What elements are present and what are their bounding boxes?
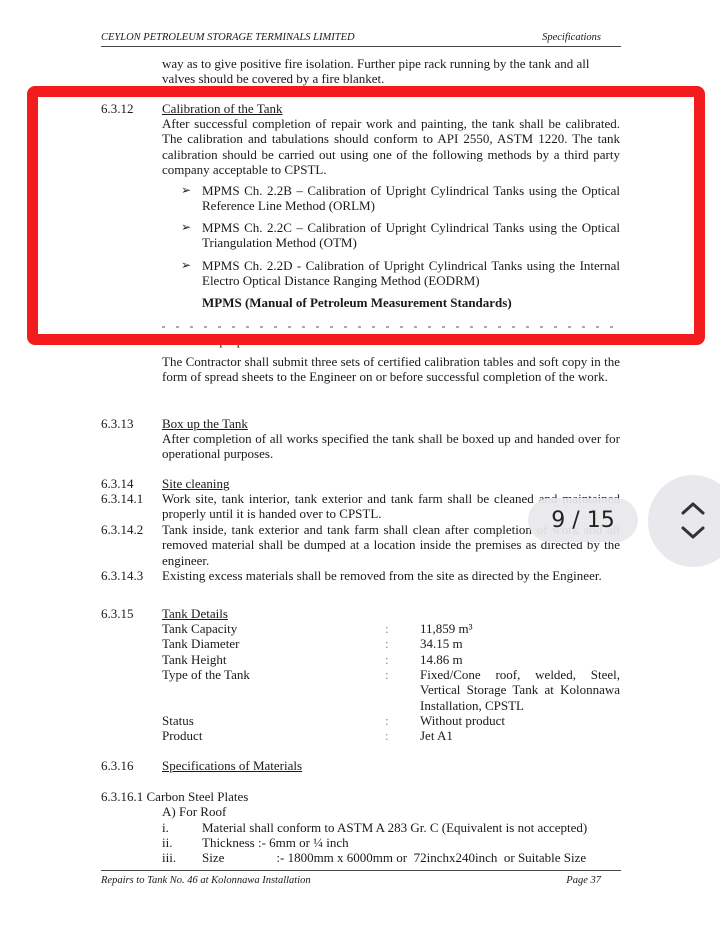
detail-value: 14.86 m bbox=[420, 652, 620, 667]
header-company: CEYLON PETROLEUM STORAGE TERMINALS LIMIT… bbox=[101, 32, 355, 43]
section-title-calibration: Calibration of the Tank bbox=[162, 101, 620, 116]
roman-numeral: iii. bbox=[162, 850, 176, 865]
page-footer: Repairs to Tank No. 46 at Kolonnawa Inst… bbox=[101, 870, 621, 891]
page-indicator: 9 / 15 bbox=[528, 498, 638, 542]
calibration-body: After successful completion of repair wo… bbox=[162, 116, 620, 178]
intro-paragraph: way as to give positive fire isolation. … bbox=[162, 56, 620, 87]
detail-label: Type of the Tank bbox=[162, 667, 250, 682]
material-item: Material shall conform to ASTM A 283 Gr.… bbox=[202, 820, 587, 835]
bullet-item: MPMS Ch. 2.2B – Calibration of Upright C… bbox=[202, 183, 620, 214]
detail-colon: : bbox=[385, 728, 389, 743]
bullet-arrow-icon: ➢ bbox=[181, 258, 191, 273]
section-title-box-up: Box up the Tank bbox=[162, 416, 620, 431]
item-number: 6.3.14.1 bbox=[101, 491, 143, 506]
detail-label: Tank Capacity bbox=[162, 621, 237, 636]
footer-page-number: Page 37 bbox=[566, 875, 601, 886]
detail-colon: : bbox=[385, 667, 389, 682]
detail-value: Fixed/Cone roof, welded, Steel, Vertical… bbox=[420, 667, 620, 713]
section-title-site-cleaning: Site cleaning bbox=[162, 476, 620, 491]
evaluation-line: evaluation purposes. bbox=[162, 333, 620, 348]
detail-value: Without product bbox=[420, 713, 620, 728]
document-page: CEYLON PETROLEUM STORAGE TERMINALS LIMIT… bbox=[0, 0, 720, 930]
submission-paragraph: The Contractor shall submit three sets o… bbox=[162, 354, 620, 385]
detail-value: 34.15 m bbox=[420, 636, 620, 651]
material-item: Size :- 1800mm x 6000mm or 72inchx240inc… bbox=[202, 850, 586, 865]
intro-line: way as to give positive fire isolation. … bbox=[162, 56, 620, 71]
roman-numeral: i. bbox=[162, 820, 169, 835]
chevron-up-down-icon bbox=[678, 499, 708, 543]
detail-colon: : bbox=[385, 713, 389, 728]
section-number: 6.3.15 bbox=[101, 606, 134, 621]
detail-value: 11,859 m³ bbox=[420, 621, 620, 636]
section-number: 6.3.14 bbox=[101, 476, 134, 491]
section-number: 6.3.16 bbox=[101, 758, 134, 773]
cleaning-item: Existing excess materials shall be remov… bbox=[162, 568, 620, 583]
detail-label: Tank Diameter bbox=[162, 636, 239, 651]
detail-label: Status bbox=[162, 713, 194, 728]
detail-colon: : bbox=[385, 652, 389, 667]
bullet-item: MPMS Ch. 2.2C – Calibration of Upright C… bbox=[202, 220, 620, 251]
section-title-tank-details: Tank Details bbox=[162, 606, 620, 621]
item-number: 6.3.14.3 bbox=[101, 568, 143, 583]
bullet-item: MPMS Ch. 2.2D - Calibration of Upright C… bbox=[202, 258, 620, 289]
detail-label: Product bbox=[162, 728, 202, 743]
section-title-materials: Specifications of Materials bbox=[162, 758, 620, 773]
page-header: CEYLON PETROLEUM STORAGE TERMINALS LIMIT… bbox=[101, 32, 621, 47]
detail-colon: : bbox=[385, 636, 389, 651]
group-title: A) For Roof bbox=[162, 804, 226, 819]
subsection-title: 6.3.16.1 Carbon Steel Plates bbox=[101, 789, 248, 804]
occluded-text-line bbox=[162, 326, 620, 328]
mpms-note: MPMS (Manual of Petroleum Measurement St… bbox=[202, 295, 512, 310]
detail-colon: : bbox=[385, 621, 389, 636]
item-number: 6.3.14.2 bbox=[101, 522, 143, 537]
roman-numeral: ii. bbox=[162, 835, 172, 850]
section-number: 6.3.12 bbox=[101, 101, 134, 116]
section-number: 6.3.13 bbox=[101, 416, 134, 431]
material-item: Thickness :- 6mm or ¼ inch bbox=[202, 835, 349, 850]
detail-value: Jet A1 bbox=[420, 728, 620, 743]
header-section: Specifications bbox=[542, 32, 601, 43]
footer-title: Repairs to Tank No. 46 at Kolonnawa Inst… bbox=[101, 875, 311, 886]
bullet-arrow-icon: ➢ bbox=[181, 220, 191, 235]
bullet-arrow-icon: ➢ bbox=[181, 183, 191, 198]
detail-label: Tank Height bbox=[162, 652, 226, 667]
box-up-body: After completion of all works specified … bbox=[162, 431, 620, 462]
intro-line: valves should be covered by a fire blank… bbox=[162, 71, 620, 86]
